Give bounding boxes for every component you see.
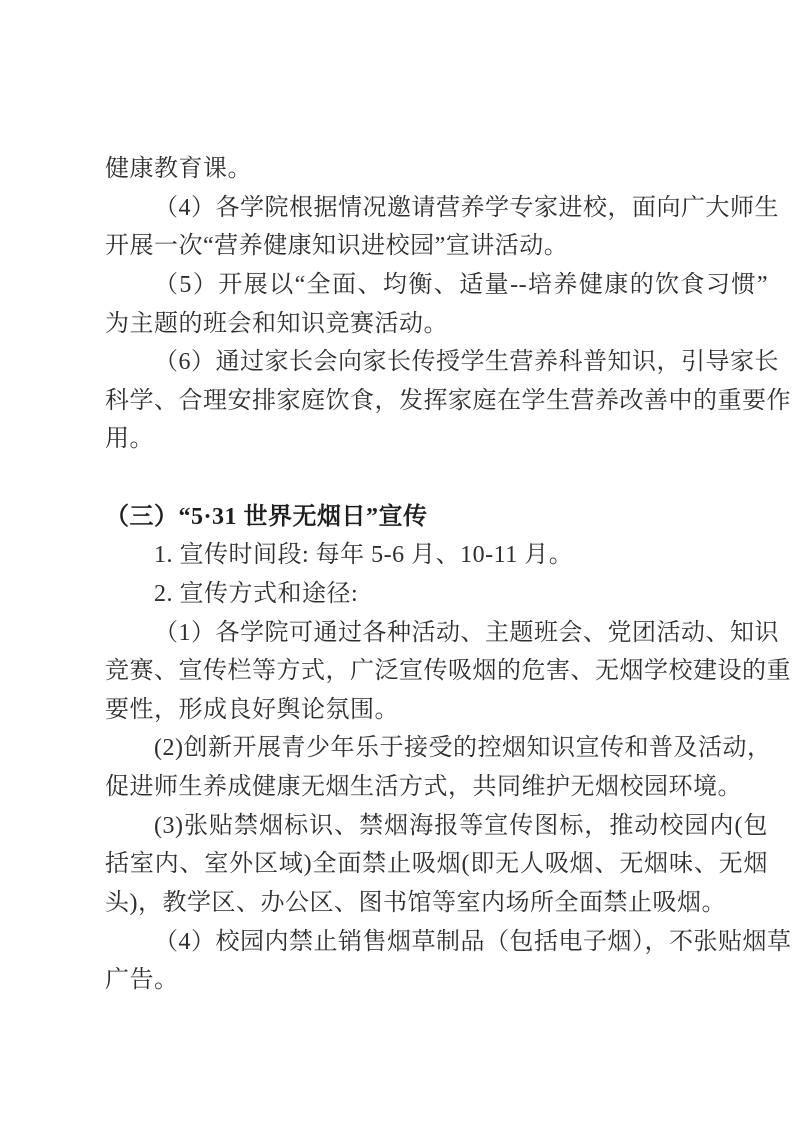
body-line: 括室内、室外区域)全面禁止吸烟(即无人吸烟、无烟味、无烟 — [105, 845, 768, 884]
body-line: （1）各学院可通过各种活动、主题班会、党团活动、知识 — [105, 614, 768, 653]
body-line: (2)创新开展青少年乐于接受的控烟知识宣传和普及活动， — [105, 729, 768, 768]
blank-line — [105, 459, 768, 498]
body-line: 为主题的班会和知识竞赛活动。 — [105, 305, 768, 344]
document-content: 健康教育课。 （4）各学院根据情况邀请营养学专家进校，面向广大师生 开展一次“营… — [105, 150, 768, 1000]
body-line: 头)，教学区、办公区、图书馆等室内场所全面禁止吸烟。 — [105, 884, 768, 923]
body-line: 要性，形成良好舆论氛围。 — [105, 691, 768, 730]
body-line: 广告。 — [105, 961, 768, 1000]
body-line: 开展一次“营养健康知识进校园”宣讲活动。 — [105, 227, 768, 266]
section-heading: （三）“5·31 世界无烟日”宣传 — [105, 498, 768, 537]
body-line: （5）开展以“全面、均衡、适量--培养健康的饮食习惯” — [105, 266, 768, 305]
body-line: 健康教育课。 — [105, 150, 768, 189]
body-line: 促进师生养成健康无烟生活方式，共同维护无烟校园环境。 — [105, 768, 768, 807]
body-line: （4）校园内禁止销售烟草制品（包括电子烟），不张贴烟草 — [105, 923, 768, 962]
body-line: （4）各学院根据情况邀请营养学专家进校，面向广大师生 — [105, 189, 768, 228]
body-line: （6）通过家长会向家长传授学生营养科普知识，引导家长 — [105, 343, 768, 382]
body-line: 用。 — [105, 420, 768, 459]
body-line: 竞赛、宣传栏等方式，广泛宣传吸烟的危害、无烟学校建设的重 — [105, 652, 768, 691]
body-line: (3)张贴禁烟标识、禁烟海报等宣传图标，推动校园内(包 — [105, 807, 768, 846]
document-page: 健康教育课。 （4）各学院根据情况邀请营养学专家进校，面向广大师生 开展一次“营… — [0, 0, 793, 1122]
body-line: 2. 宣传方式和途径: — [105, 575, 768, 614]
body-line: 科学、合理安排家庭饮食，发挥家庭在学生营养改善中的重要作 — [105, 382, 768, 421]
body-line: 1. 宣传时间段: 每年 5-6 月、10-11 月。 — [105, 536, 768, 575]
